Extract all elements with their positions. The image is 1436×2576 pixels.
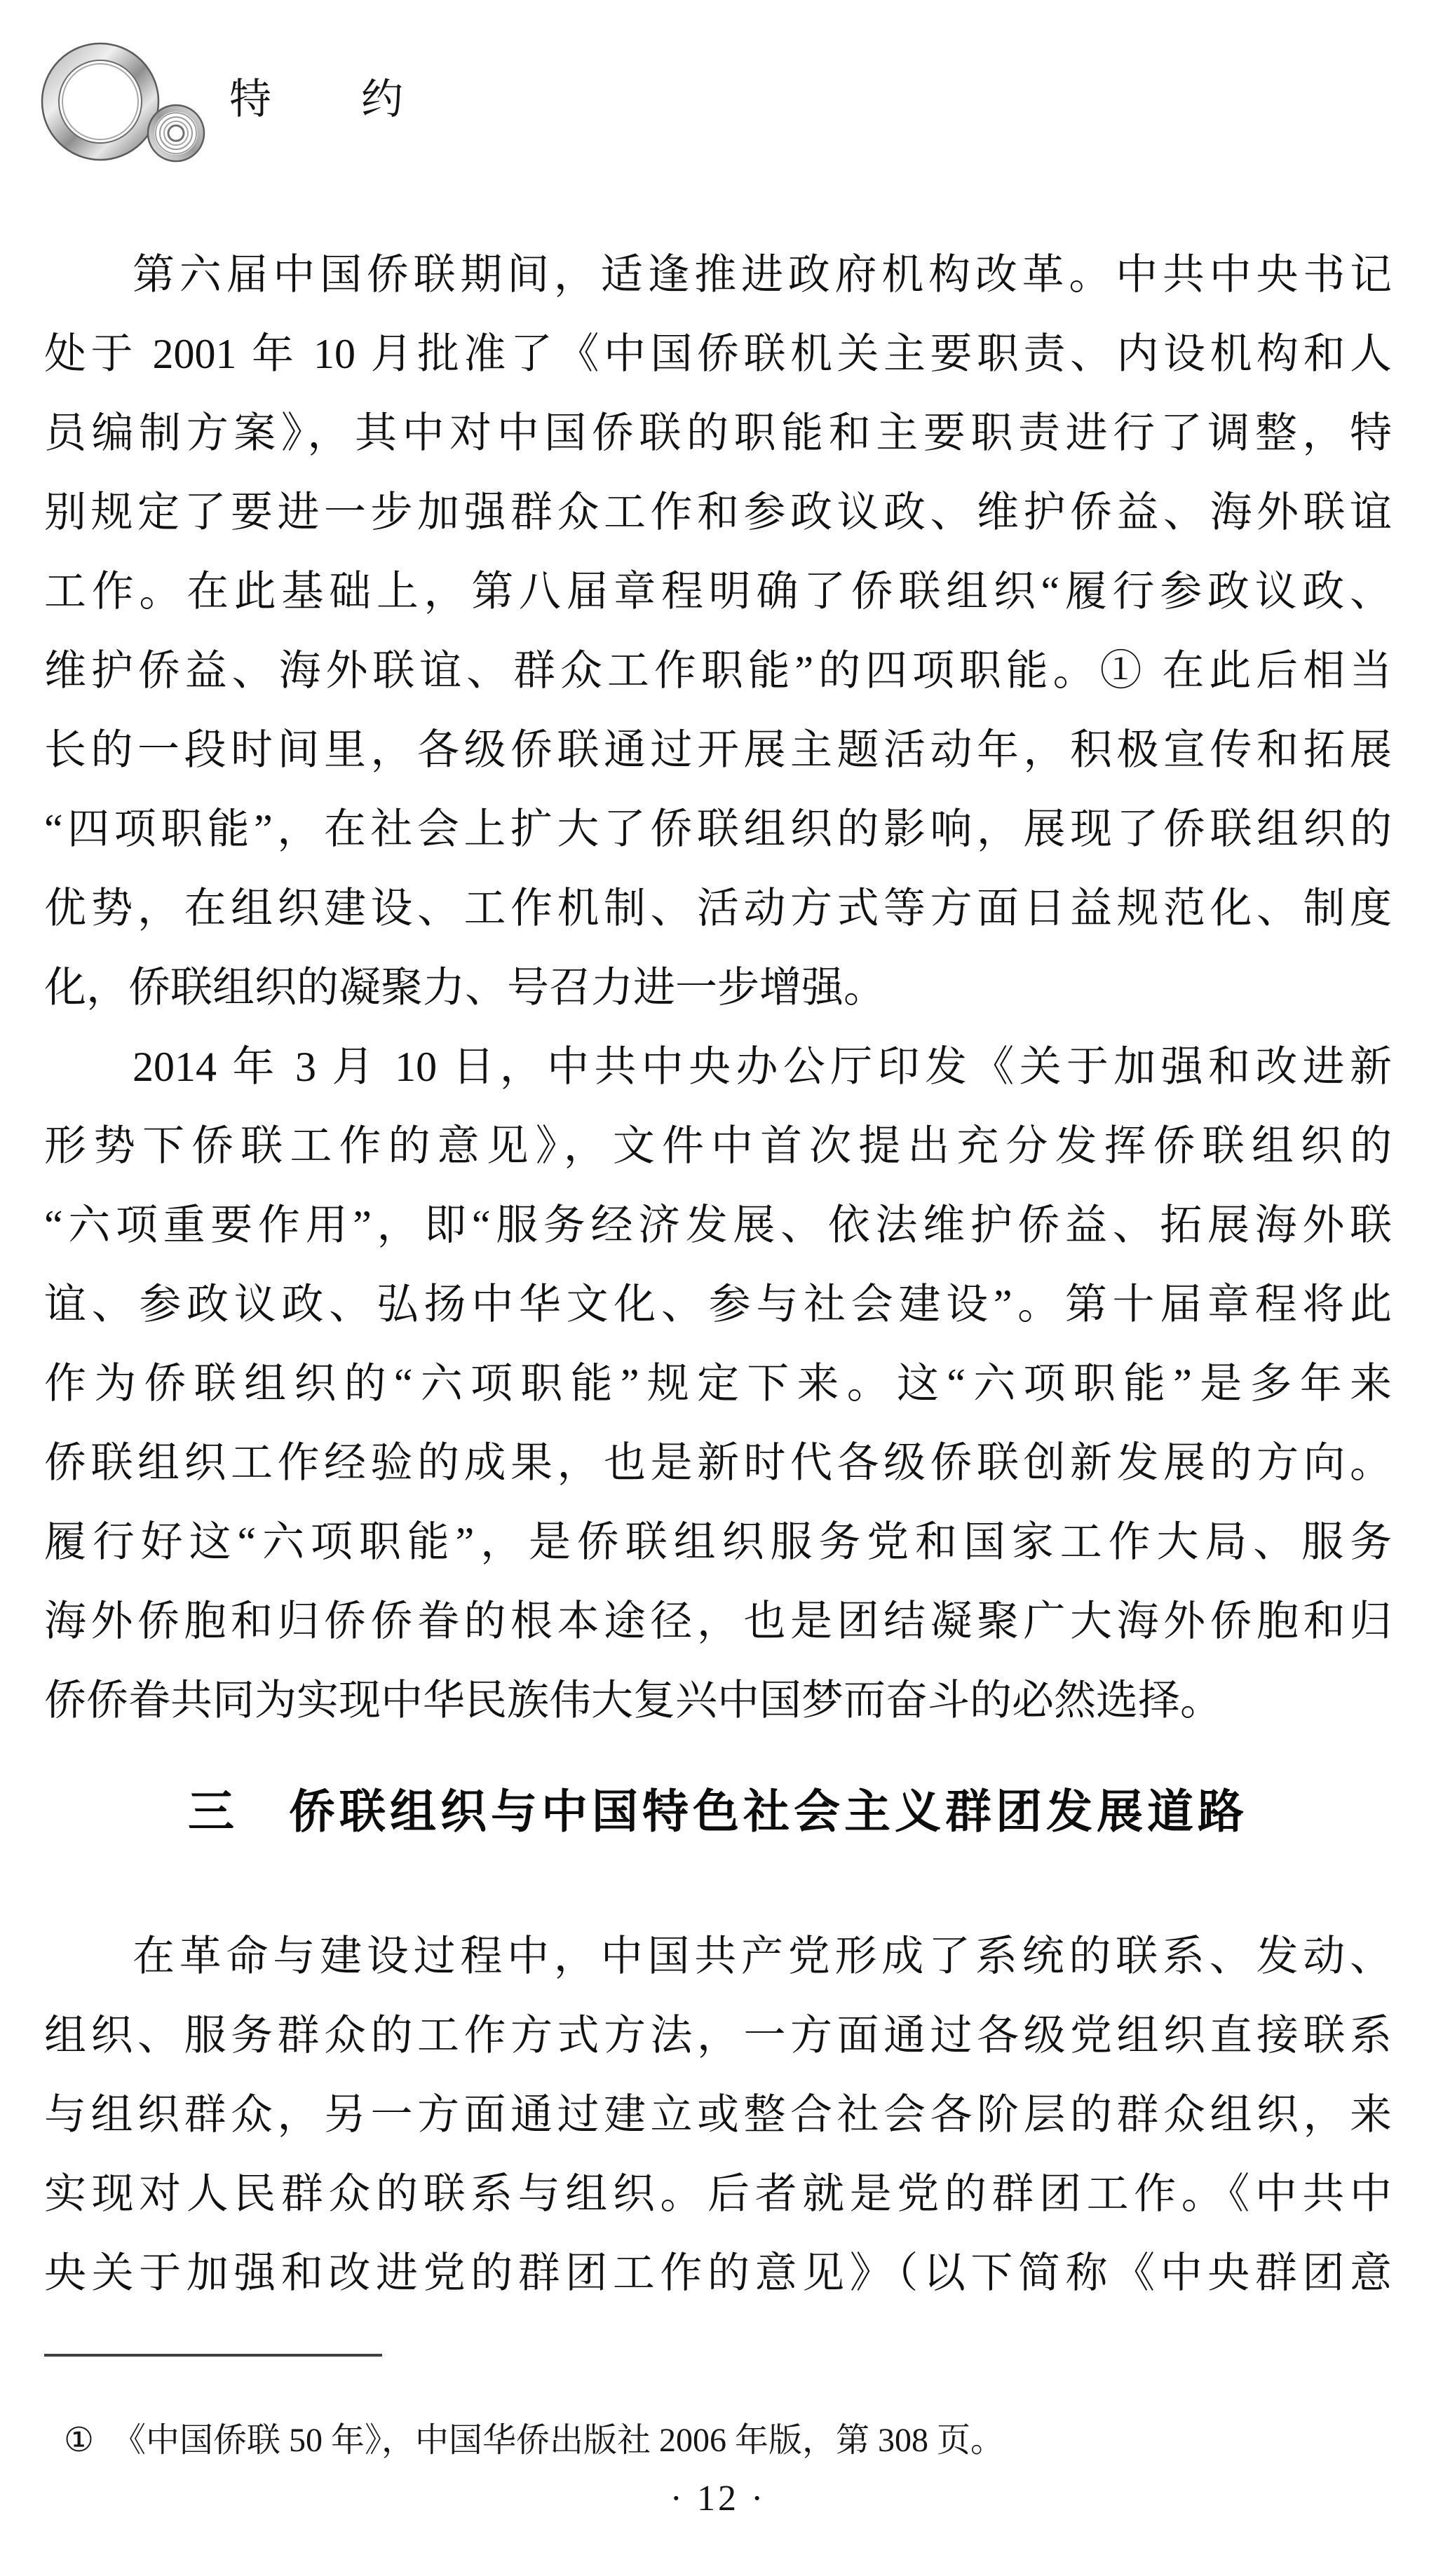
text-line: “六项重要作用”，即“服务经济发展、依法维护侨益、拓展海外联	[44, 1186, 1392, 1265]
section-heading: 三 侨联组织与中国特色社会主义群团发展道路	[44, 1774, 1392, 1851]
text-line: 别规定了要进一步加强群众工作和参政议政、维护侨益、海外联谊	[44, 473, 1392, 552]
text-line: 组织、服务群众的工作方式方法，一方面通过各级党组织直接联系	[44, 1996, 1392, 2076]
column-title: 特 约	[229, 79, 403, 121]
text-line: 实现对人民群众的联系与组织。后者就是党的群团工作。《中共中	[44, 2155, 1392, 2234]
text-line: 央关于加强和改进党的群团工作的意见》（以下简称《中央群团意	[44, 2234, 1392, 2313]
text-line: 2014 年 3 月 10 日，中共中央办公厅印发《关于加强和改进新	[44, 1028, 1392, 1107]
paragraph-3: 在革命与建设过程中，中国共产党形成了系统的联系、发动、组织、服务群众的工作方式方…	[44, 1917, 1392, 2313]
text-line: 海外侨胞和归侨侨眷的根本途径，也是团结凝聚广大海外侨胞和归	[44, 1582, 1392, 1661]
text-line: 长的一段时间里，各级侨联通过开展主题活动年，积极宣传和拓展	[44, 711, 1392, 790]
paragraph-1: 第六届中国侨联期间，适逢推进政府机构改革。中共中央书记处于 2001 年 10 …	[44, 236, 1392, 1028]
text-line: 化，侨联组织的凝聚力、号召力进一步增强。	[44, 948, 1392, 1028]
footnote-separator	[44, 2354, 382, 2357]
text-line: 谊、参政议政、弘扬中华文化、参与社会建设”。第十届章程将此	[44, 1265, 1392, 1344]
column-title-char-left: 特	[229, 79, 271, 121]
text-line: 工作。在此基础上，第八届章程明确了侨联组织“履行参政议政、	[44, 552, 1392, 632]
paragraph-2: 2014 年 3 月 10 日，中共中央办公厅印发《关于加强和改进新形势下侨联工…	[44, 1028, 1392, 1740]
text-line: 侨联组织工作经验的成果，也是新时代各级侨联创新发展的方向。	[44, 1424, 1392, 1503]
column-title-char-right: 约	[361, 79, 403, 121]
text-line: 与组织群众，另一方面通过建立或整合社会各阶层的群众组织，来	[44, 2076, 1392, 2155]
text-line: 维护侨益、海外联谊、群众工作职能”的四项职能。① 在此后相当	[44, 632, 1392, 711]
text-line: 在革命与建设过程中，中国共产党形成了系统的联系、发动、	[44, 1917, 1392, 1996]
text-line: 作为侨联组织的“六项职能”规定下来。这“六项职能”是多年来	[44, 1344, 1392, 1424]
text-block: 第六届中国侨联期间，适逢推进政府机构改革。中共中央书记处于 2001 年 10 …	[44, 236, 1392, 2313]
text-line: 第六届中国侨联期间，适逢推进政府机构改革。中共中央书记	[44, 236, 1392, 315]
double-rings-logo-icon	[28, 32, 217, 172]
book-page: 特 约 第六届中国侨联期间，适逢推进政府机构改革。中共中央书记处于 2001 年…	[0, 0, 1436, 2576]
text-line: 侨侨眷共同为实现中华民族伟大复兴中国梦而奋斗的必然选择。	[44, 1661, 1392, 1740]
text-line: 处于 2001 年 10 月批准了《中国侨联机关主要职责、内设机构和人	[44, 315, 1392, 394]
page-number: · 12 ·	[0, 2478, 1436, 2520]
text-line: 形势下侨联工作的意见》，文件中首次提出充分发挥侨联组织的	[44, 1107, 1392, 1186]
footnote-marker: ①	[64, 2422, 94, 2459]
text-line: 员编制方案》，其中对中国侨联的职能和主要职责进行了调整，特	[44, 394, 1392, 473]
footnote: ①《中国侨联 50 年》，中国华侨出版社 2006 年版，第 308 页。	[44, 2417, 1392, 2465]
text-line: “四项职能”，在社会上扩大了侨联组织的影响，展现了侨联组织的	[44, 790, 1392, 869]
footnote-text: 《中国侨联 50 年》，中国华侨出版社 2006 年版，第 308 页。	[112, 2422, 1004, 2459]
text-line: 履行好这“六项职能”，是侨联组织服务党和国家工作大局、服务	[44, 1503, 1392, 1582]
text-line: 优势，在组织建设、工作机制、活动方式等方面日益规范化、制度	[44, 869, 1392, 948]
